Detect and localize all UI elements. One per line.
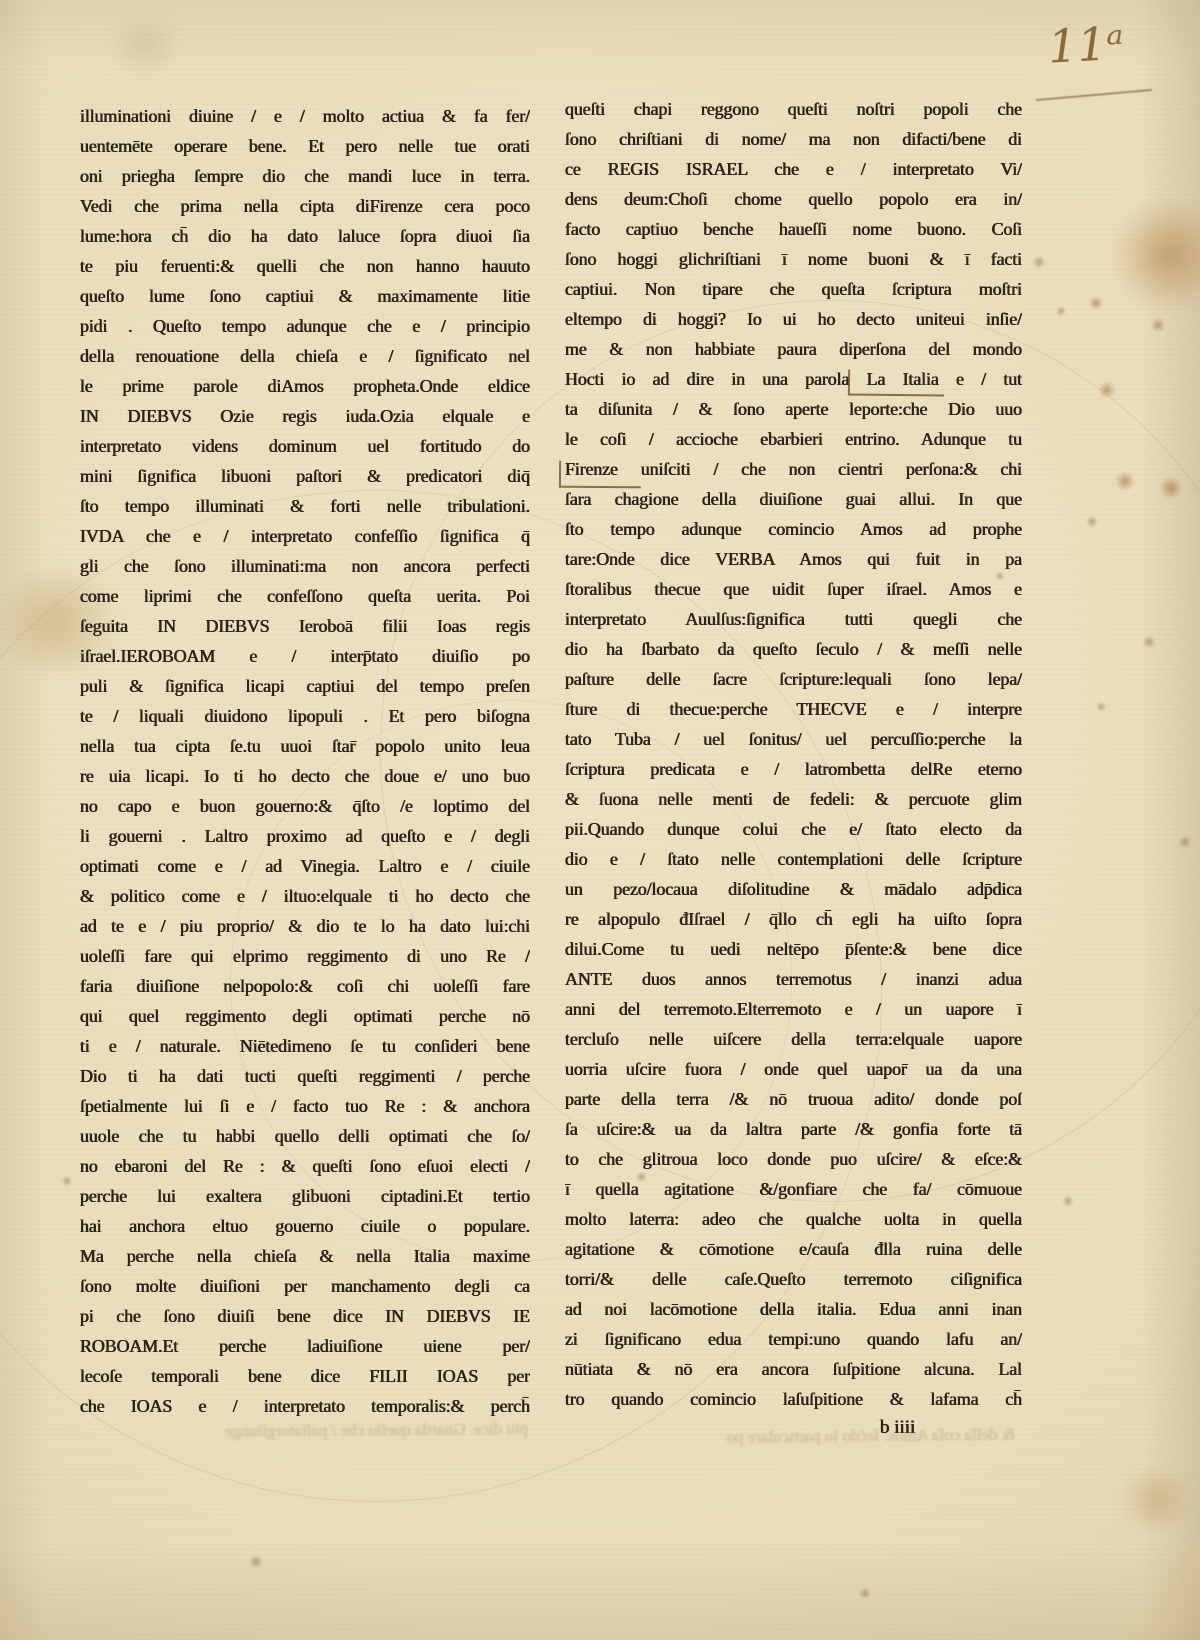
text-line: re uia licapi. Io ti ho decto che doue e…	[80, 761, 530, 791]
text-line: te / liquali diuidono lipopuli . Et pero…	[80, 701, 530, 731]
text-line: ſono hoggi glichriſtiani ī nome buoni & …	[565, 244, 1022, 274]
manuscript-underline-firenze	[559, 461, 641, 489]
text-line: un pezo/locaua diſolitudine & mādalo adp…	[565, 874, 1022, 904]
text-line: lecoſe temporali bene dice FILII IOAS pe…	[80, 1361, 530, 1391]
text-line: Hocti io ad dire in una parola La Italia…	[565, 364, 1022, 394]
manuscript-underline-la-italia	[848, 369, 944, 396]
text-line: tare:Onde dice VERBA Amos qui fuit in pa	[565, 544, 1022, 574]
text-line: ta diſunita / & ſono aperte leporte:che …	[565, 394, 1022, 424]
text-line: ſa uſcire:& ua da laltra parte /& gonfia…	[565, 1114, 1022, 1144]
text-line: anni del terremoto.Elterremoto e / un ua…	[565, 994, 1022, 1024]
foxing-spot	[1158, 478, 1184, 498]
text-line: ſara chagione della diuiſione guai allui…	[565, 484, 1022, 514]
text-line: torri/& delle caſe.Queſto terremoto ciſi…	[565, 1264, 1022, 1294]
text-line: li gouerni . Laltro proximo ad queſto e …	[80, 821, 530, 851]
text-line: to che glitroua loco donde puo uſcire/ &…	[565, 1144, 1022, 1174]
text-line: mini ſignifica libuoni paſtori & predica…	[80, 461, 530, 491]
text-line: Vedi che prima nella cipta diFirenze cer…	[80, 191, 530, 221]
text-line: ī quella agitatione &/gonfiare che fa/ c…	[565, 1174, 1022, 1204]
foxing-spot	[1062, 1196, 1074, 1206]
left-text-column: illuminationi diuine / e / molto actiua …	[80, 101, 530, 1421]
text-line: uentemēte operare bene. Et pero nelle tu…	[80, 131, 530, 161]
text-line: le coſi / accioche ebarbieri entrino. Ad…	[565, 424, 1022, 454]
text-line: queſti chapi reggono queſti noſtri popol…	[565, 94, 1022, 124]
text-line: iſrael.IEROBOAM e / interp̄tato diuiſio …	[80, 641, 530, 671]
text-line: ſtoralibus thecue que uidit ſuper iſrael…	[565, 574, 1022, 604]
text-line: illuminationi diuine / e / molto actiua …	[80, 101, 530, 131]
foxing-spot	[858, 1588, 872, 1599]
text-line: IN DIEBVS Ozie regis iuda.Ozia elquale e	[80, 401, 530, 431]
text-line: pidi . Queſto tempo adunque che e / prin…	[80, 311, 530, 341]
text-line: pii.Quando dunque colui che e/ ſtato ele…	[565, 814, 1022, 844]
text-line: perche lui exaltera glibuoni ciptadini.E…	[80, 1181, 530, 1211]
text-line: della renouatione della chieſa e / ſigni…	[80, 341, 530, 371]
folio-number-handwritten: 11ᵃ	[1047, 12, 1190, 73]
foxing-spot	[1142, 636, 1156, 648]
text-line: ſono chriſtiani di nome/ ma non difacti/…	[565, 124, 1022, 154]
text-line: ſeguita IN DIEBVS Ieroboā filii Ioas reg…	[80, 611, 530, 641]
foxing-spot	[1114, 472, 1136, 490]
text-line: tato Tuba / uel ſonitus/ uel percuſſio:p…	[565, 724, 1022, 754]
text-line: qui quel reggimento degli optimati perch…	[80, 1001, 530, 1031]
text-line: ſcriptura predicata e / latrombetta delR…	[565, 754, 1022, 784]
stain	[100, 20, 190, 70]
text-line: hai anchora eltuo gouerno ciuile o popul…	[80, 1211, 530, 1241]
text-line: dens deum:Choſi chome quello popolo era …	[565, 184, 1022, 214]
text-line: IVDA che e / interpretato confeſſio ſign…	[80, 521, 530, 551]
text-line: puli & ſignifica licapi captiui del temp…	[80, 671, 530, 701]
foxing-spot	[62, 1176, 72, 1186]
text-line: queſto lume ſono captiui & maximamente l…	[80, 281, 530, 311]
foxing-spot	[1150, 318, 1166, 332]
text-line: eltempo di hoggi? Io ui ho decto uniteui…	[565, 304, 1022, 334]
text-line: no ebaroni del Re : & queſti ſono eſuoi …	[80, 1151, 530, 1181]
text-line: come liprimi che confeſſono queſta uerit…	[80, 581, 530, 611]
text-line: tercluſo nelle uiſcere della terra:elqua…	[565, 1024, 1022, 1054]
text-line: ce REGIS ISRAEL che e / interpretato Vi/	[565, 154, 1022, 184]
text-line: ſpetialmente lui ſi e / facto tuo Re : &…	[80, 1091, 530, 1121]
text-line: interpretato Auulſus:ſignifica tutti que…	[565, 604, 1022, 634]
text-line: paſture delle ſacre ſcripture:lequali ſo…	[565, 664, 1022, 694]
text-line: uuole che tu habbi quello delli optimati…	[80, 1121, 530, 1151]
text-line: ad te e / piu proprio/ & dio te lo ha da…	[80, 911, 530, 941]
text-line: ſono molte diuiſioni per manchamento deg…	[80, 1271, 530, 1301]
text-line: molto laterra: adeo che qualche uolta in…	[565, 1204, 1022, 1234]
right-text-column: queſti chapi reggono queſti noſtri popol…	[565, 94, 1022, 1414]
text-line: ſture di thecue:perche THECVE e / interp…	[565, 694, 1022, 724]
foxing-spot	[1098, 382, 1116, 398]
text-line: ſto tempo adunque comincio Amos ad proph…	[565, 514, 1022, 544]
text-line: ſto tempo illuminati & forti nelle tribu…	[80, 491, 530, 521]
text-line: zi ſignificano edua tempi:uno quando laf…	[565, 1324, 1022, 1354]
text-line: captiui. Non tipare che queſta ſcriptura…	[565, 274, 1022, 304]
stain	[1108, 200, 1200, 310]
text-line: gli che ſono illuminati:ma non ancora pe…	[80, 551, 530, 581]
text-line: ti e / naturale. Niētedimeno ſe tu conſi…	[80, 1031, 530, 1061]
stain	[1115, 1470, 1195, 1530]
show-through-text-left: piu dice. Guarda quello che / paſtatorgl…	[82, 1416, 528, 1447]
text-line: Ma perche nella chieſa & nella Italia ma…	[80, 1241, 530, 1271]
text-line: uorria uſcire fuora / onde quel uapor̄ u…	[565, 1054, 1022, 1084]
text-line: Dio ti ha dati tucti queſti reggimenti /…	[80, 1061, 530, 1091]
text-line: ROBOAM.Et perche ladiuiſione uiene per/	[80, 1331, 530, 1361]
foxing-spot	[1096, 702, 1106, 712]
text-line: optimati come e / ad Vinegia. Laltro e /…	[80, 851, 530, 881]
incunabulum-page: 11ᵃ illuminationi diuine / e / molto act…	[0, 0, 1200, 1640]
foxing-spot	[1086, 516, 1098, 527]
foxing-spot	[248, 1556, 264, 1568]
text-line: & politico come e / iltuo:elquale ti ho …	[80, 881, 530, 911]
text-line: nūtiata & nō era ancora ſuſpitione alcun…	[565, 1354, 1022, 1384]
text-line: dilui.Come tu uedi neltēpo p̄ſente:& ben…	[565, 934, 1022, 964]
text-line: me & non habbiate paura diperſona del mo…	[565, 334, 1022, 364]
folio-underline-flourish	[1036, 89, 1152, 101]
text-line: nella tua cipta ſe.tu uuoi ſtar̄ popolo …	[80, 731, 530, 761]
text-line: ad noi lacōmotione della italia. Edua an…	[565, 1294, 1022, 1324]
text-line: agitatione & cōmotione e/cauſa đlla ruin…	[565, 1234, 1022, 1264]
text-line: faria diuiſione nelpopolo:& coſi chi uol…	[80, 971, 530, 1001]
text-line: oni priegha ſempre dio che mandi luce in…	[80, 161, 530, 191]
text-line: ANTE duos annos terremotus / inanzi adua	[565, 964, 1022, 994]
text-line: re alpopulo đIſrael / q̄llo ch̄ egli ha …	[565, 904, 1022, 934]
text-line: pi che ſono diuiſi bene dice IN DIEBVS I…	[80, 1301, 530, 1331]
text-line: facto captiuo benche haueſſi nome buono.…	[565, 214, 1022, 244]
text-line: uoleſſi fare qui elprimo reggimento di u…	[80, 941, 530, 971]
text-line: tro quando comincio laſuſpitione & lafam…	[565, 1384, 1022, 1414]
text-line: dio e / ſtato nelle contemplationi delle…	[565, 844, 1022, 874]
foxing-spot	[1056, 306, 1066, 316]
text-line: parte della terra /& nō truoua adito/ do…	[565, 1084, 1022, 1114]
text-line: le prime parole diAmos propheta.Onde eld…	[80, 371, 530, 401]
foxing-spot	[1032, 256, 1046, 268]
text-line: lume:hora ch̄ dio ha dato laluce ſopra d…	[80, 221, 530, 251]
text-line: dio ha ſbarbato da queſto ſeculo / & meſ…	[565, 634, 1022, 664]
text-line: & ſuona nelle menti de fedeli: & percuot…	[565, 784, 1022, 814]
text-line: te piu feruenti:& quelli che non hanno h…	[80, 251, 530, 281]
foxing-spot	[1178, 836, 1192, 848]
text-line: no capo e buon gouerno:& q̄ſto /e loptim…	[80, 791, 530, 821]
text-line: interpretato videns dominum uel fortitud…	[80, 431, 530, 461]
foxing-spot	[1088, 296, 1104, 310]
show-through-text-right: & della coſa Amos: ſec̄do lo particulare…	[565, 1422, 1015, 1453]
